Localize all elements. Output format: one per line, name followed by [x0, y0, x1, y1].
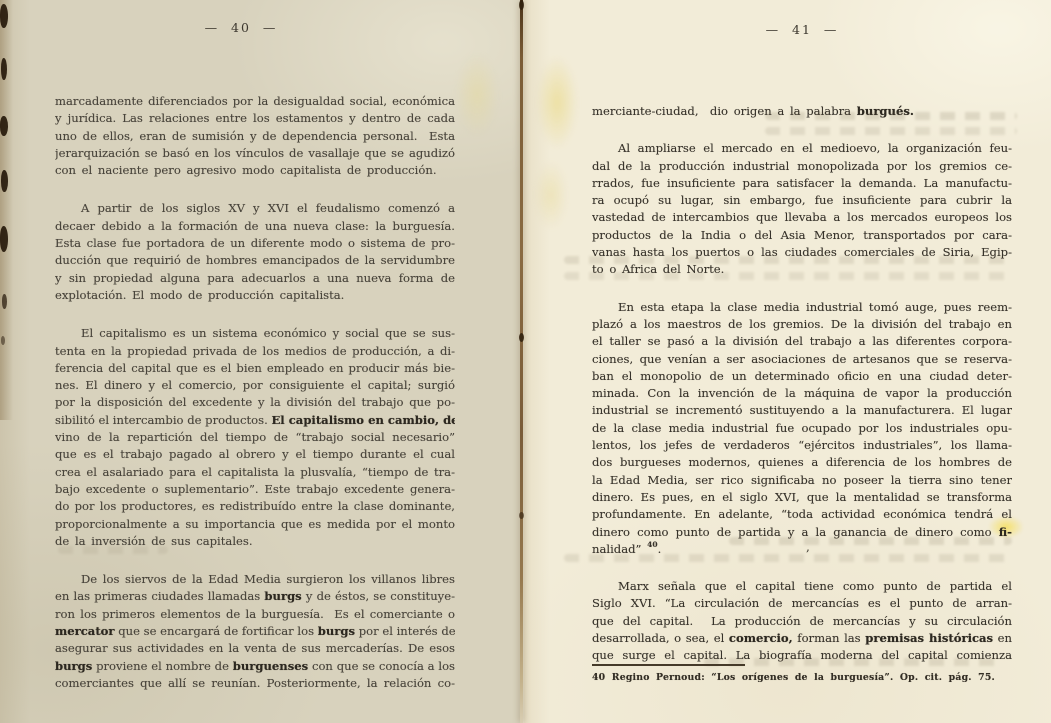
- paragraph: marcadamente diferenciados por la desigu…: [55, 93, 455, 179]
- text-line: ducción que requirió de hombres emancipa…: [55, 252, 455, 269]
- text-line: que del capital. La producción de mercan…: [592, 613, 1012, 630]
- paragraph: De los siervos de la Edad Media surgiero…: [55, 571, 455, 692]
- footnote: 40 Regino Pernoud: “Los orígenes de la b…: [592, 664, 1022, 683]
- text-line: el taller se pasó a la división del trab…: [592, 333, 1012, 350]
- book-page-41: — 41 — merciante-ciudad, dio origen a la…: [524, 0, 1051, 723]
- bleedthrough-smudge: [729, 537, 1012, 545]
- text-line: A partir de los siglos XV y XVI el feuda…: [55, 200, 455, 217]
- paragraph: En esta etapa la clase media industrial …: [592, 299, 1012, 558]
- text-line: jerarquización se basó en los vínculos d…: [55, 145, 455, 162]
- text-line: vastedad de intercambios que llevaba a l…: [592, 209, 1012, 226]
- text-line: ferencia del capital que es el bien empl…: [55, 360, 455, 377]
- text-line: Esta clase fue portadora de un diferente…: [55, 235, 455, 252]
- edge-speck: [1, 336, 5, 345]
- edge-speck: [1, 170, 8, 192]
- text-line: El capitalismo es un sistema económico y…: [55, 325, 455, 342]
- text-line: sibilitó el intercambio de productos. El…: [55, 412, 455, 429]
- text-line: dos burgueses modernos, quienes a difere…: [592, 454, 1012, 471]
- text-line: bajo excedente o suplementario”. Este tr…: [55, 481, 455, 498]
- edge-speck: [0, 116, 8, 136]
- text-line: explotación. El modo de producción capit…: [55, 287, 455, 304]
- gutter-speck: [519, 512, 524, 519]
- bleedthrough-smudge: [765, 112, 1017, 120]
- paragraph: A partir de los siglos XV y XVI el feuda…: [55, 200, 455, 304]
- text-line: burgs proviene el nombre de burguenses c…: [55, 658, 455, 675]
- text-line: con el naciente pero agresivo modo capit…: [55, 162, 455, 179]
- text-line: marcadamente diferenciados por la desigu…: [55, 93, 455, 110]
- text-line: uno de ellos, eran de sumisión y de depe…: [55, 128, 455, 145]
- text-line: ban el monopolio de un determinado ofici…: [592, 368, 1012, 385]
- text-line: minada. Con la invención de la máquina d…: [592, 385, 1012, 402]
- bleedthrough-smudge: [564, 256, 1012, 264]
- book-page-40: — 40 — marcadamente diferenciados por la…: [0, 0, 521, 723]
- text-line: plazó a los maestros de los gremios. De …: [592, 316, 1012, 333]
- text-line: vino de la repartición del tiempo de “tr…: [55, 429, 455, 446]
- yellow-stain: [455, 52, 499, 137]
- text-line: y jurídica. Las relaciones entre los est…: [55, 110, 455, 127]
- gutter-speck: [519, 0, 524, 10]
- gutter-speck: [519, 333, 524, 342]
- text-line: lentos, los jefes de verdaderos “ejércit…: [592, 437, 1012, 454]
- footnote-rule: [592, 664, 745, 666]
- text-line: ciones, que venían a ser asociaciones de…: [592, 351, 1012, 368]
- edge-speck: [0, 4, 8, 28]
- text-line: desarrollada, o sea, el comercio, forman…: [592, 630, 1012, 647]
- footnote-text: 40 Regino Pernoud: “Los orígenes de la b…: [592, 672, 1022, 683]
- page-number: — 40 —: [55, 20, 427, 35]
- page-40-text: marcadamente diferenciados por la desigu…: [55, 93, 455, 713]
- paragraph: Marx señala que el capital tiene como pu…: [592, 578, 1012, 664]
- text-line: que es el trabajo pagado al obrero y el …: [55, 446, 455, 463]
- text-line: ron los primeros elementos de la burgues…: [55, 606, 455, 623]
- text-line: asegurar sus actividades en la venta de …: [55, 640, 455, 657]
- bleedthrough-smudge: [564, 272, 1012, 280]
- edge-speck: [2, 294, 7, 309]
- text-line: tenta en la propiedad privada de los med…: [55, 343, 455, 360]
- page-number: — 41 —: [592, 22, 1012, 37]
- text-line: do por los productores, es redistribuído…: [55, 498, 455, 515]
- bleedthrough-smudge: [765, 127, 1017, 135]
- edge-speck: [1, 58, 7, 80]
- page-41-text: merciante-ciudad, dio origen a la palabr…: [592, 103, 1012, 685]
- text-line: Siglo XVI. “La circulación de mercancías…: [592, 595, 1012, 612]
- text-line: la Edad Media, ser rico significaba no p…: [592, 472, 1012, 489]
- text-line: profundamente. En adelante, “toda activi…: [592, 506, 1012, 523]
- paragraph: El capitalismo es un sistema económico y…: [55, 325, 455, 550]
- text-line: ra ocupó su lugar, sin embargo, fue insu…: [592, 192, 1012, 209]
- scanned-book-spread: — 40 — marcadamente diferenciados por la…: [0, 0, 1051, 723]
- text-line: dinero. Es pues, en el siglo XVI, que la…: [592, 489, 1012, 506]
- text-line: De los siervos de la Edad Media surgiero…: [55, 571, 455, 588]
- text-line: productos de la India o del Asia Menor, …: [592, 227, 1012, 244]
- text-line: Al ampliarse el mercado en el medioevo, …: [592, 140, 1012, 157]
- text-line: En esta etapa la clase media industrial …: [592, 299, 1012, 316]
- page-gutter: [520, 0, 523, 723]
- bleedthrough-smudge: [564, 554, 1012, 562]
- yellow-stain: [536, 55, 578, 150]
- text-line: y sin propiedad alguna para adecuarlos a…: [55, 270, 455, 287]
- yellow-stain: [534, 160, 568, 230]
- text-line: nes. El dinero y el comercio, por consig…: [55, 377, 455, 394]
- text-line: por la disposición del excedente y la di…: [55, 394, 455, 411]
- text-line: proporcionalmente a su importancia que e…: [55, 516, 455, 533]
- bleedthrough-smudge: [58, 546, 168, 554]
- text-line: dal de la producción industrial monopoli…: [592, 158, 1012, 175]
- text-line: decaer debido a la formación de una nuev…: [55, 218, 455, 235]
- text-line: mercator que se encargará de fortificar …: [55, 623, 455, 640]
- text-line: industrial se incrementó sustituyendo a …: [592, 402, 1012, 419]
- text-line: crea el asalariado para el capitalista l…: [55, 464, 455, 481]
- text-line: de la clase media industrial fue ocupado…: [592, 420, 1012, 437]
- text-line: comerciantes que allí se reunían. Poster…: [55, 675, 455, 692]
- text-line: rrados, fue insuficiente para satisfacer…: [592, 175, 1012, 192]
- text-line: Marx señala que el capital tiene como pu…: [592, 578, 1012, 595]
- stray-ink-mark: ,: [806, 540, 810, 554]
- text-line: en las primeras ciudades llamadas burgs …: [55, 588, 455, 605]
- edge-speck: [0, 226, 8, 252]
